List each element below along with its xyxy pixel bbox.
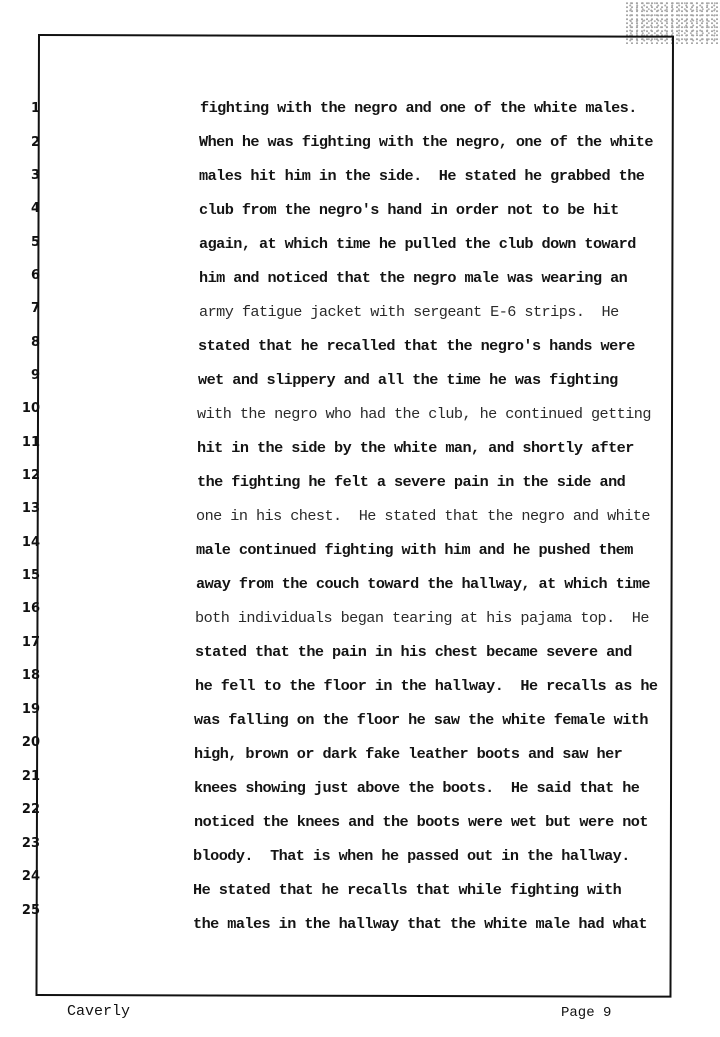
line-number: 17 <box>0 635 40 650</box>
line-number: 7 <box>0 301 40 316</box>
line-number: 15 <box>0 568 40 583</box>
text-line: was falling on the floor he saw the whit… <box>194 711 648 729</box>
line-number: 2 <box>0 135 40 150</box>
page-number: Page 9 <box>561 1005 611 1021</box>
text-line: the males in the hallway that the white … <box>193 915 647 933</box>
text-line: away from the couch toward the hallway, … <box>196 575 650 593</box>
text-line: noticed the knees and the boots were wet… <box>194 813 648 831</box>
footer-name: Caverly <box>67 1003 130 1020</box>
line-number: 6 <box>0 268 40 283</box>
line-number: 12 <box>0 468 40 483</box>
line-number: 11 <box>0 435 40 450</box>
text-line: male continued fighting with him and he … <box>196 541 633 559</box>
text-line: wet and slippery and all the time he was… <box>198 371 618 389</box>
line-number: 19 <box>0 702 40 717</box>
text-line: hit in the side by the white man, and sh… <box>197 439 634 457</box>
line-number: 18 <box>0 668 40 683</box>
text-line: knees showing just above the boots. He s… <box>194 779 639 797</box>
text-line: fighting with the negro and one of the w… <box>200 99 637 117</box>
line-number: 9 <box>0 368 40 383</box>
text-line: again, at which time he pulled the club … <box>199 235 636 253</box>
text-line: He stated that he recalls that while fig… <box>193 881 621 899</box>
text-line: him and noticed that the negro male was … <box>199 269 627 287</box>
text-line: When he was fighting with the negro, one… <box>199 133 653 151</box>
text-line: stated that he recalled that the negro's… <box>198 337 635 355</box>
text-line: the fighting he felt a severe pain in th… <box>197 473 625 491</box>
line-number: 13 <box>0 501 40 516</box>
line-number: 5 <box>0 235 40 250</box>
line-number: 4 <box>0 201 40 216</box>
line-number: 20 <box>0 735 40 750</box>
text-line: with the negro who had the club, he cont… <box>197 405 651 423</box>
text-line: bloody. That is when he passed out in th… <box>193 847 630 865</box>
line-number: 8 <box>0 335 40 350</box>
text-line: one in his chest. He stated that the neg… <box>196 507 650 525</box>
text-line: army fatigue jacket with sergeant E-6 st… <box>199 303 619 321</box>
text-line: club from the negro's hand in order not … <box>199 201 619 219</box>
line-number: 22 <box>0 802 40 817</box>
line-number: 25 <box>0 903 40 918</box>
line-number: 10 <box>0 401 40 416</box>
line-number: 3 <box>0 168 40 183</box>
text-line: high, brown or dark fake leather boots a… <box>194 745 622 763</box>
text-line: both individuals began tearing at his pa… <box>195 609 649 627</box>
line-number: 16 <box>0 601 40 616</box>
line-number: 14 <box>0 535 40 550</box>
text-line: he fell to the floor in the hallway. He … <box>195 677 657 695</box>
line-number: 23 <box>0 836 40 851</box>
line-number: 1 <box>0 101 40 116</box>
line-number: 21 <box>0 769 40 784</box>
text-line: stated that the pain in his chest became… <box>195 643 632 661</box>
line-number: 24 <box>0 869 40 884</box>
text-line: males hit him in the side. He stated he … <box>199 167 644 185</box>
